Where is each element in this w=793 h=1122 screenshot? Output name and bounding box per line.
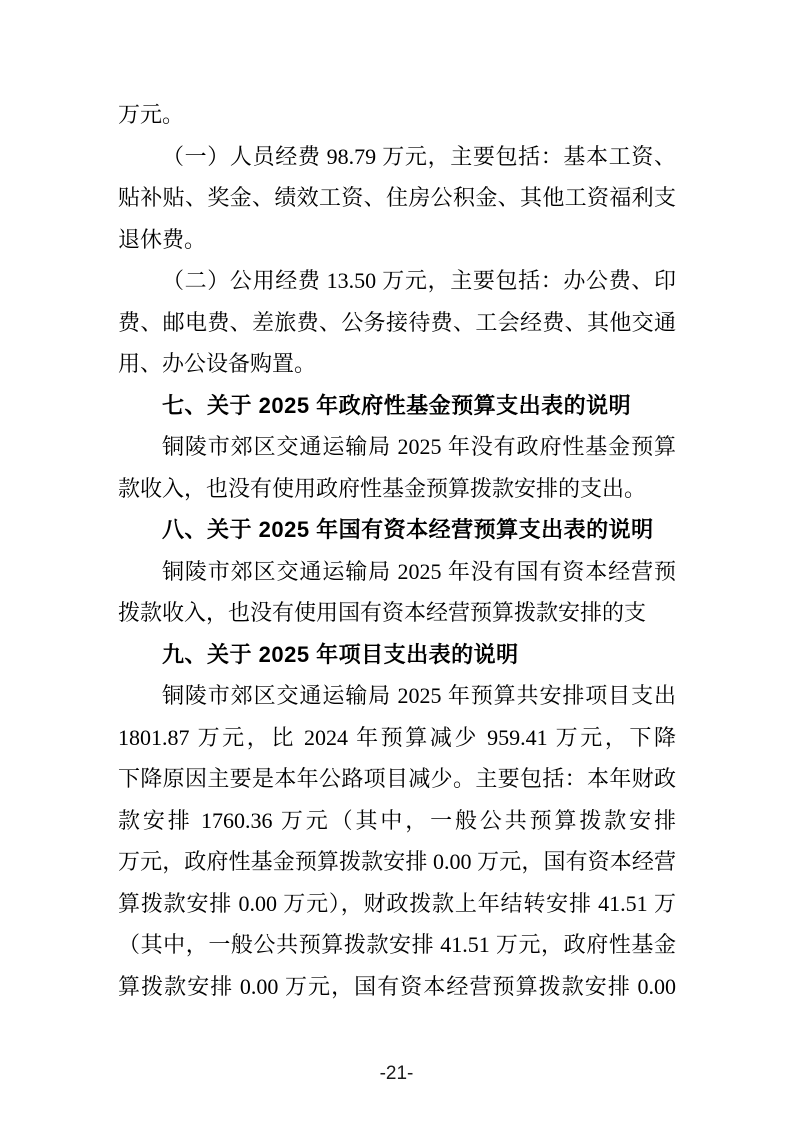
paragraph-line: （二）公用经费 13.50 万元，主要包括：办公费、印刷 [118, 260, 676, 302]
paragraph-line: 拨款收入，也没有使用国有资本经营预算拨款安排的支出。 [118, 592, 676, 634]
paragraph-line: 款收入，也没有使用政府性基金预算拨款安排的支出。 [118, 468, 676, 510]
page-footer: -21- [0, 1063, 793, 1085]
document-body: 万元。 （一）人员经费 98.79 万元，主要包括：基本工资、津 贴补贴、奖金、… [118, 94, 676, 1007]
section-heading-9: 九、关于 2025 年项目支出表的说明 [118, 634, 676, 676]
paragraph-line: （其中，一般公共预算拨款安排 41.51 万元，政府性基金预 [118, 924, 676, 966]
paragraph-line: 下降原因主要是本年公路项目减少。主要包括：本年财政拨 [118, 758, 676, 800]
paragraph-line: 万元，政府性基金预算拨款安排 0.00 万元，国有资本经营预 [118, 841, 676, 883]
paragraph-line: 1801.87 万元，比 2024 年预算减少 959.41 万元，下降 34.… [118, 717, 676, 759]
paragraph-line: 款安排 1760.36 万元（其中，一般公共预算拨款安排 1760.36 [118, 800, 676, 842]
paragraph-line: 用、办公设备购置。 [118, 343, 676, 385]
section-heading-8: 八、关于 2025 年国有资本经营预算支出表的说明 [118, 509, 676, 551]
paragraph-line: 贴补贴、奖金、绩效工资、住房公积金、其他工资福利支出、 [118, 177, 676, 219]
paragraph-line: 算拨款安排 0.00 万元），财政拨款上年结转安排 41.51 万元 [118, 883, 676, 925]
paragraph-line: 铜陵市郊区交通运输局 2025 年预算共安排项目支出 [118, 675, 676, 717]
page-number: -21- [380, 1063, 414, 1084]
paragraph-line: 费、邮电费、差旅费、公务接待费、工会经费、其他交通费 [118, 302, 676, 344]
paragraph-line: 算拨款安排 0.00 万元，国有资本经营预算拨款安排 0.00 万 [118, 966, 676, 1008]
document-page: 万元。 （一）人员经费 98.79 万元，主要包括：基本工资、津 贴补贴、奖金、… [0, 0, 793, 1122]
paragraph-line: 退休费。 [118, 219, 676, 261]
paragraph-line: 铜陵市郊区交通运输局 2025 年没有国有资本经营预算 [118, 551, 676, 593]
paragraph-line: 铜陵市郊区交通运输局 2025 年没有政府性基金预算拨 [118, 426, 676, 468]
section-heading-7: 七、关于 2025 年政府性基金预算支出表的说明 [118, 385, 676, 427]
paragraph-line: （一）人员经费 98.79 万元，主要包括：基本工资、津 [118, 136, 676, 178]
paragraph-continuation-line: 万元。 [118, 94, 676, 136]
